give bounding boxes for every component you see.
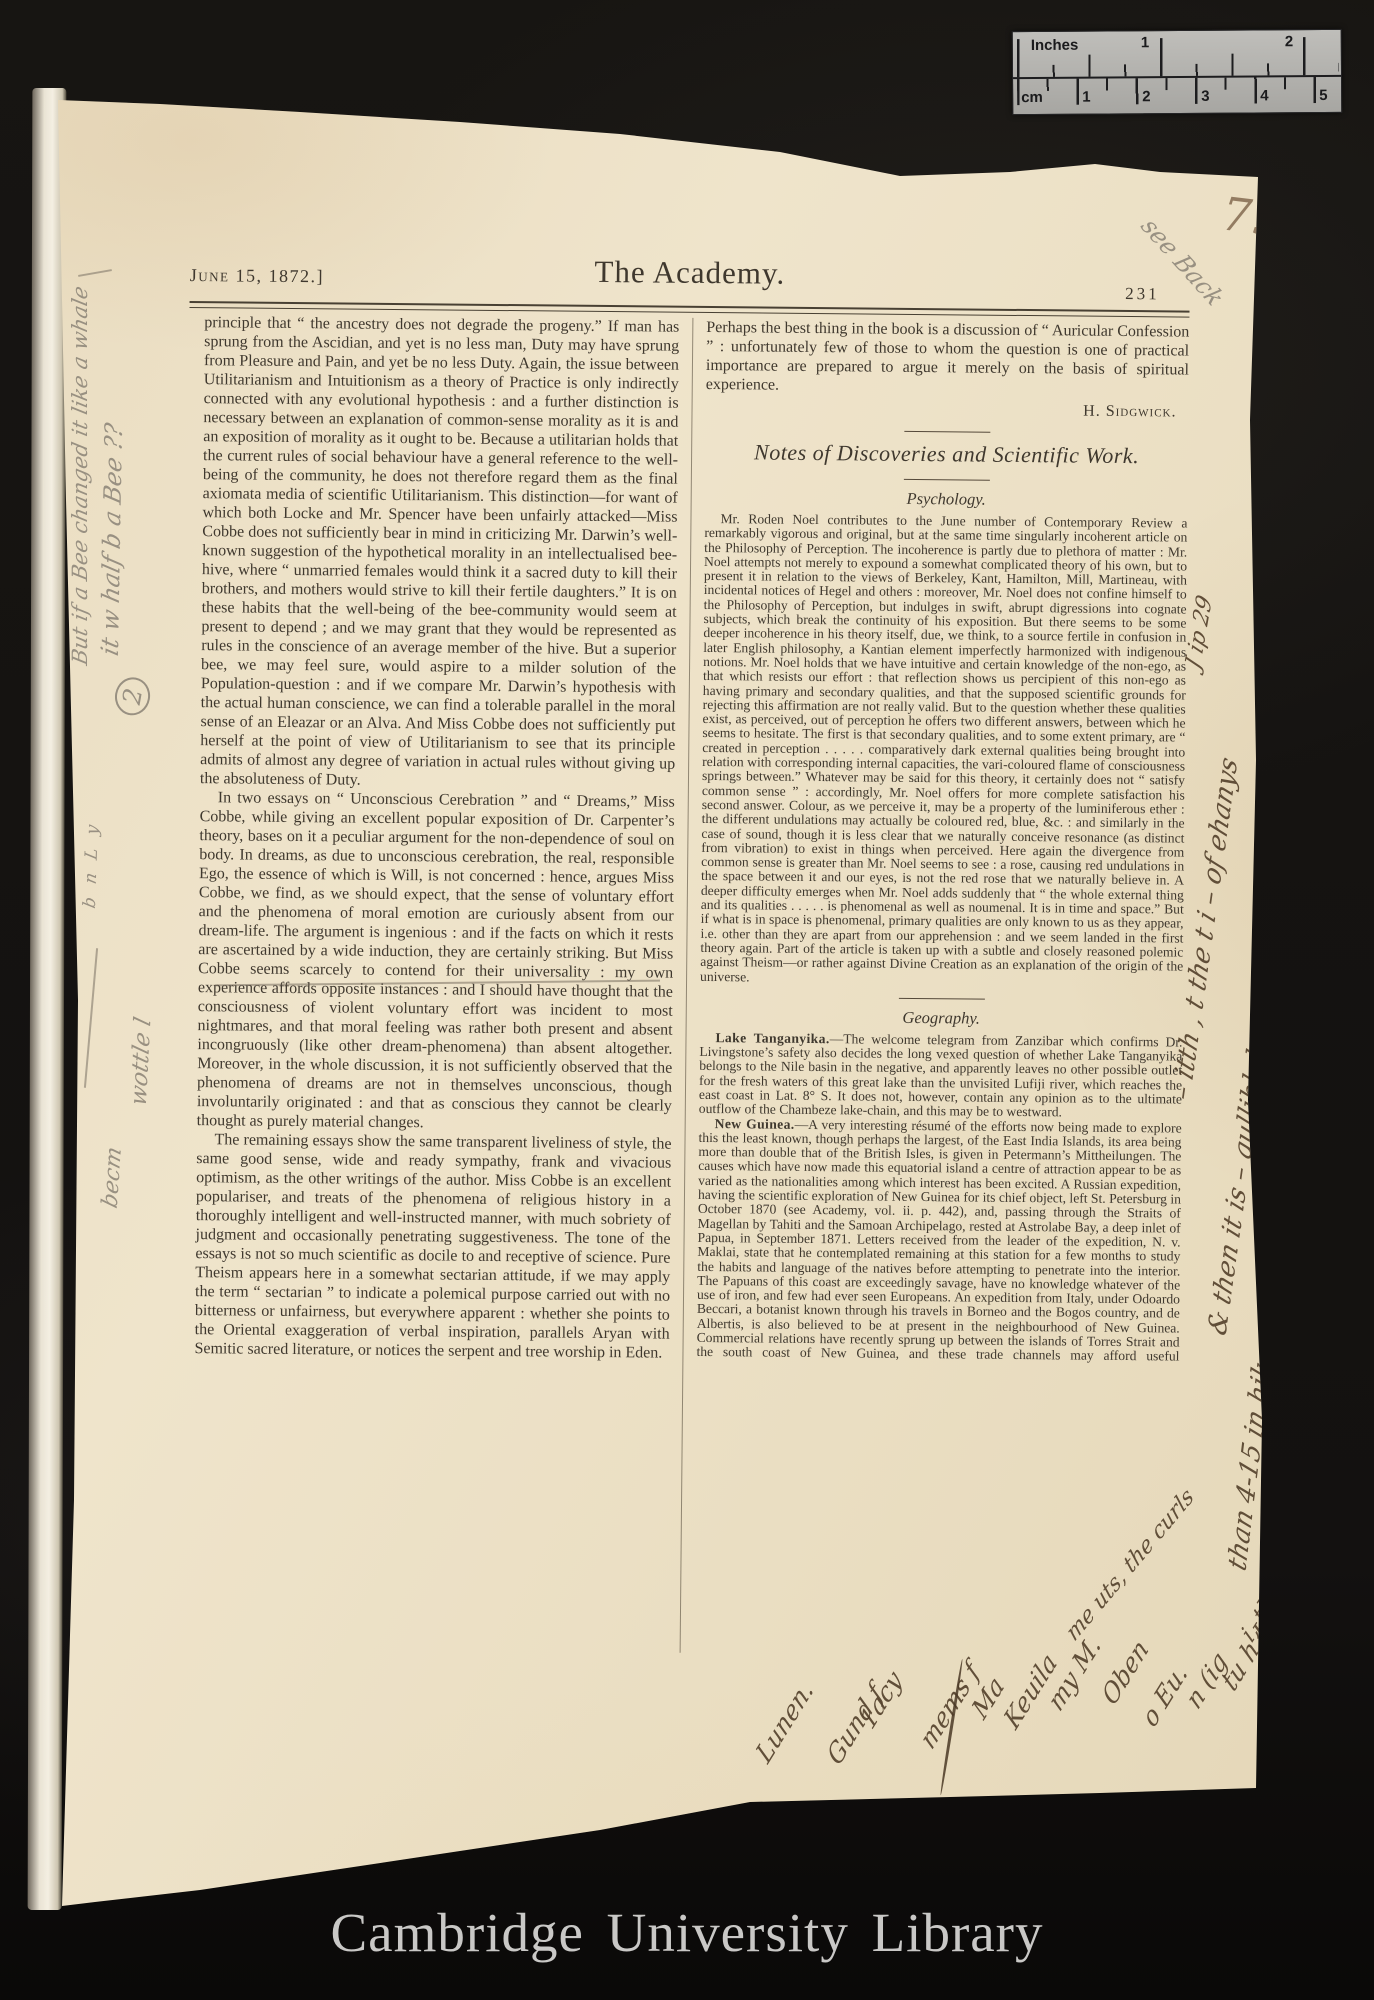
marginalia-bottom-fragment: i, th (1237, 1590, 1281, 1648)
ruler-cm-ticks (1017, 77, 1339, 105)
ruler-cm-number: 5 (1319, 87, 1327, 104)
article-paragraph: In two essays on “ Unconscious Cerebrati… (197, 788, 675, 1135)
marginalia-bottom-fragment: Lunen. (751, 1674, 819, 1769)
marginalia-left-note: But if a Bee changed it like a whale (68, 284, 92, 667)
ruler: Inches 1 2 cm 1 2 3 4 5 (1012, 29, 1343, 115)
article-paragraph: The remaining essays show the same trans… (194, 1130, 671, 1363)
ruler-cm-number: 2 (1142, 88, 1150, 105)
ruler-inches-label: Inches (1031, 37, 1079, 54)
ruler-cm-number: 1 (1082, 89, 1090, 106)
review-signature: H. Sidgwick. (705, 399, 1188, 422)
ruler-inch-number: 1 (1141, 34, 1149, 51)
geography-heading: Geography. (700, 1006, 1183, 1031)
pencil-margin-line (78, 269, 112, 277)
marginalia-left-note: b n L y (80, 819, 103, 910)
article-paragraph: principle that “ the ancestry does not d… (200, 313, 680, 793)
marginalia-right-fragment: J ip 29 (1181, 592, 1217, 673)
marginalia-bottom-fragment: Gund f (822, 1678, 889, 1771)
psychology-heading: Psychology. (705, 487, 1188, 512)
column-divider (680, 318, 694, 1653)
marginalia-left-note: becm (98, 1144, 127, 1211)
scan-background: Inches 1 2 cm 1 2 3 4 5 June 15, 1872.] … (0, 0, 1374, 2000)
marginalia-left-note: it w half b a Bee ?? (96, 421, 128, 659)
pencil-margin-line (84, 948, 98, 1088)
section-rule (903, 479, 989, 481)
geography-entry-new-guinea: New Guinea.—A very interesting résumé of… (696, 1117, 1181, 1365)
geography-entry-lake-tanganyika: Lake Tanganyika.—The welcome telegram fr… (699, 1031, 1183, 1121)
review-closing-paragraph: Perhaps the best thing in the book is a … (706, 318, 1190, 399)
left-column: principle that “ the ancestry does not d… (194, 313, 679, 1363)
library-watermark: Cambridge University Library (0, 1901, 1374, 1964)
entry-body: —A very interesting résumé of the effort… (696, 1116, 1181, 1363)
psychology-paragraph: Mr. Roden Noel contributes to the June n… (700, 512, 1188, 988)
ruler-inch-number: 2 (1285, 33, 1293, 50)
marginalia-bottom-fragment: n (ig (1181, 1645, 1233, 1715)
marginalia-right-fragment: & then it is – gullibl dette (1203, 995, 1279, 1340)
marginalia-left-note: wottle l (126, 1014, 156, 1108)
marginalia-circled-number: 2 (112, 675, 153, 718)
section-rule (904, 431, 990, 433)
marginalia-right-fragment: than 4-15 in hik – s gunn, the (1223, 1181, 1299, 1575)
entry-body: —The welcome telegram from Zanzibar whic… (699, 1031, 1183, 1120)
right-column: Perhaps the best thing in the book is a … (696, 318, 1189, 1364)
paper-page: June 15, 1872.] The Academy. 231 princip… (0, 0, 1374, 2000)
page-number: 231 (1125, 284, 1160, 304)
printed-page: June 15, 1872.] The Academy. 231 princip… (176, 255, 1190, 1685)
section-rule (898, 998, 984, 1000)
ruler-cm-number: 3 (1201, 88, 1209, 105)
ruler-cm-number: 4 (1260, 87, 1268, 104)
book-page-edge (28, 88, 67, 1910)
entry-lead: New Guinea. (715, 1116, 795, 1132)
journal-title: The Academy. (190, 250, 1190, 296)
marginalia-corner-number: 79 (1219, 186, 1288, 247)
ruler-cm-label: cm (1021, 89, 1043, 106)
marginalia-bottom-fragment: tu h Lod (1217, 1587, 1294, 1697)
notes-section-title: Notes of Discoveries and Scientific Work… (705, 439, 1188, 470)
